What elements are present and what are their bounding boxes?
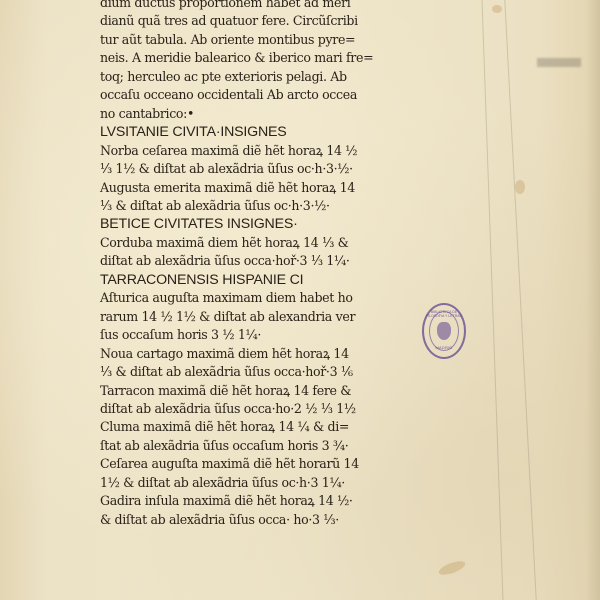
text-line: Norba ceſarea maximã diẽ hẽt horaꝝ 14 ½ (100, 142, 340, 160)
stamp-city-text: MADRID (424, 345, 464, 350)
text-column: dium ductus proportionem habet ad meri d… (100, 0, 340, 529)
text-line: Augusta emerita maximã diẽ hẽt horaꝝ 14 (100, 179, 340, 197)
parchment-page: dium ductus proportionem habet ad meri d… (0, 0, 600, 600)
stamp-arc-text: BIBLIOTECA DE FILOSOFIA Y LETRAS (424, 310, 464, 318)
section-heading-betica: BETICE CIVITATES INSIGNES· (100, 215, 340, 233)
fold-crease (482, 0, 504, 600)
text-line: & diſtat ab alexãdria ũſus occa· ho·3 ⅓· (100, 511, 340, 529)
foxing-stain (515, 180, 525, 194)
text-line: ⅓ & diſtat ab alexãdria ũſus oc·h·3·½· (100, 197, 340, 215)
text-line: rarum 14 ½ 1½ & diſtat ab alexandria ver (100, 308, 340, 326)
library-stamp: BIBLIOTECA DE FILOSOFIA Y LETRAS MADRID (422, 303, 466, 359)
text-line: dianũ quã tres ad quatuor fere. Circũſcr… (100, 12, 340, 30)
foxing-stain (492, 5, 502, 13)
text-line: Aſturica auguſta maximam diem habet ho (100, 289, 340, 307)
ink-offset-mark (537, 58, 581, 67)
text-line: Corduba maximã diem hẽt horaꝝ 14 ⅓ & (100, 234, 340, 252)
text-line: dium ductus proportionem habet ad meri (100, 0, 340, 12)
text-line: tur aũt tabula. Ab oriente montibus pyre… (100, 31, 340, 49)
text-line: ⅓ & diſtat ab alexãdria ũſus occa·hoř·3 … (100, 363, 340, 381)
text-line: diſtat ab alexãdria ũſus occa·ho·2 ½ ⅓ 1… (100, 400, 340, 418)
text-line: ſus occaſum horis 3 ½ 1¼· (100, 326, 340, 344)
text-line: Tarracon maximã diẽ hẽt horaꝝ 14 fere & (100, 382, 340, 400)
text-line: ⅓ 1½ & diſtat ab alexãdria ũſus oc·h·3·½… (100, 160, 340, 178)
text-line: Noua cartago maximã diem hẽt horaꝝ 14 (100, 345, 340, 363)
fold-crease (504, 0, 536, 600)
text-line: neis. A meridie balearico & iberico mari… (100, 49, 340, 67)
section-heading-tarraconensis: TARRACONENSIS HISPANIE CI (100, 271, 340, 289)
page-edge-shadow (586, 0, 600, 600)
foxing-stain (437, 559, 467, 578)
section-heading-lusitania: LVSITANIE CIVITA·INSIGNES (100, 123, 340, 141)
text-line: toq; herculeo ac pte exterioris pelagi. … (100, 68, 340, 86)
text-line: diſtat ab alexãdria ũſus occa·hoř·3 ⅓ 1¼… (100, 252, 340, 270)
text-line: ſtat ab alexãdria ũſus occaſum horis 3 ¾… (100, 437, 340, 455)
text-line: 1½ & diſtat ab alexãdria ũſus oc·h·3 1¼· (100, 474, 340, 492)
text-line: Ceſarea auguſta maximã diẽ hẽt horarũ 14 (100, 455, 340, 473)
text-line: Cluma maximã diẽ hẽt horaꝝ 14 ¼ & di= (100, 418, 340, 436)
text-line: Gadira inſula maximã diẽ hẽt horaꝝ 14 ½· (100, 492, 340, 510)
crown-crest-icon (437, 322, 451, 340)
text-line: no cantabrico:• (100, 105, 340, 123)
text-line: occaſu occeano occidentali Ab arcto occe… (100, 86, 340, 104)
